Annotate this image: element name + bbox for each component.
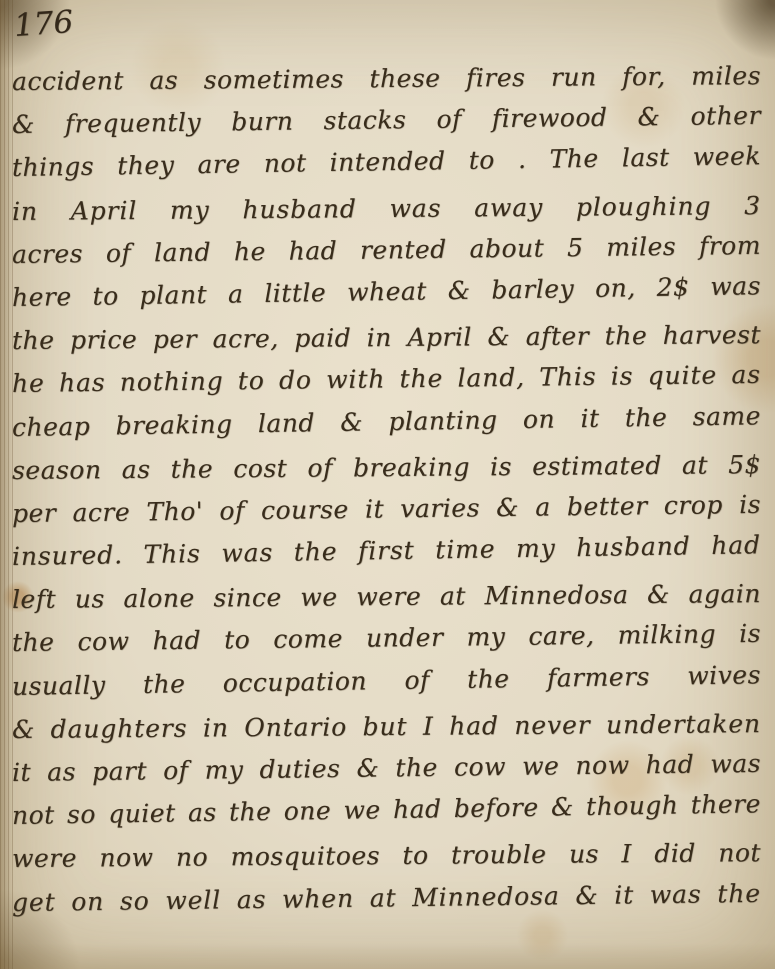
bottom-shade [0, 943, 775, 969]
manuscript-line: get on so well as when at Minnedosa & it… [12, 871, 761, 923]
manuscript-body: accident as sometimes these fires run fo… [12, 60, 761, 924]
manuscript-page: 176 accident as sometimes these fires ru… [0, 0, 775, 969]
page-number: 176 [13, 4, 75, 44]
